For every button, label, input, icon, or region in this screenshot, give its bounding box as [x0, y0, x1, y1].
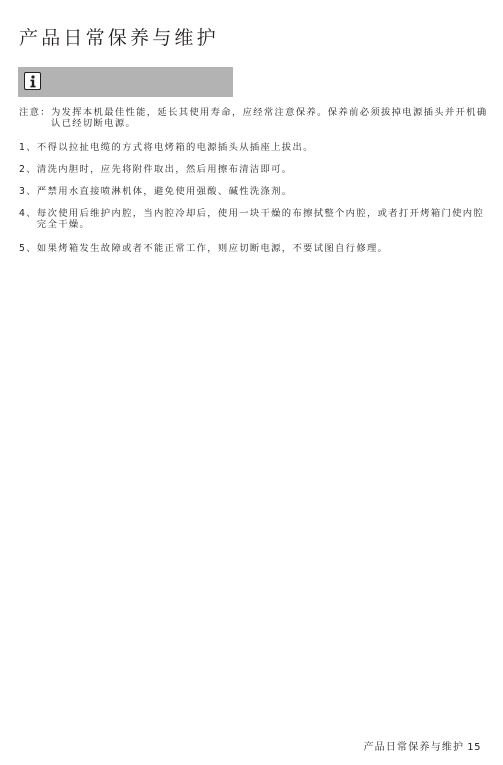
item-number: 3、 — [19, 186, 37, 197]
footer-section-title: 产品日常保养与维护 — [363, 742, 464, 753]
list-item: 5、 如果烤箱发生故障或者不能正常工作，则应切断电源，不要试图自行修理。 — [19, 243, 489, 254]
item-number: 1、 — [19, 142, 37, 153]
page-footer: 产品日常保养与维护15 — [363, 738, 481, 753]
info-banner — [18, 67, 233, 97]
caution-text: 为发挥本机最佳性能，延长其使用寿命，应经常注意保养。保养前必须拔掉电源插头并开机… — [51, 107, 489, 129]
item-text: 严禁用水直接喷淋机体，避免使用强酸、碱性洗涤剂。 — [37, 186, 489, 197]
item-text: 不得以拉扯电缆的方式将电烤箱的电源插头从插座上拔出。 — [37, 142, 489, 153]
item-number: 5、 — [19, 243, 37, 254]
list-item: 4、 每次使用后维护内腔，当内腔冷却后，使用一块干燥的布擦拭整个内腔，或者打开烤… — [19, 208, 489, 230]
list-item: 1、 不得以拉扯电缆的方式将电烤箱的电源插头从插座上拔出。 — [19, 142, 489, 153]
info-icon — [24, 72, 41, 90]
caution-note: 注意： 为发挥本机最佳性能，延长其使用寿命，应经常注意保养。保养前必须拔掉电源插… — [19, 107, 489, 129]
page-title: 产品日常保养与维护 — [19, 26, 219, 50]
caution-label: 注意： — [19, 107, 51, 129]
maintenance-content: 注意： 为发挥本机最佳性能，延长其使用寿命，应经常注意保养。保养前必须拔掉电源插… — [19, 107, 489, 265]
page-number: 15 — [467, 742, 481, 753]
list-item: 3、 严禁用水直接喷淋机体，避免使用强酸、碱性洗涤剂。 — [19, 186, 489, 197]
item-number: 4、 — [19, 208, 37, 230]
list-item: 2、 清洗内胆时，应先将附件取出，然后用擦布清洁即可。 — [19, 164, 489, 175]
item-text: 清洗内胆时，应先将附件取出，然后用擦布清洁即可。 — [37, 164, 489, 175]
item-number: 2、 — [19, 164, 37, 175]
item-text: 如果烤箱发生故障或者不能正常工作，则应切断电源，不要试图自行修理。 — [37, 243, 489, 254]
item-text: 每次使用后维护内腔，当内腔冷却后，使用一块干燥的布擦拭整个内腔，或者打开烤箱门使… — [37, 208, 489, 230]
